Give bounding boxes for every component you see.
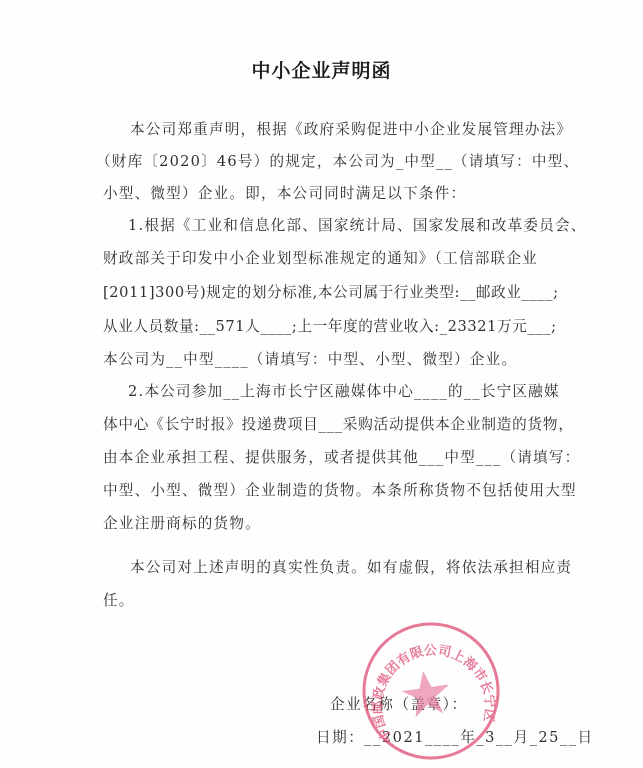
condition1-line-4: 从业人员数量:__571人____;上一年度的营业收入:_23321万元___; bbox=[103, 317, 557, 337]
intro-line-2: （财库〔2020〕46号）的规定，本公司为_中型__（请填写：中型、 bbox=[96, 152, 579, 172]
intro-line-1: 本公司郑重声明，根据《政府采购促进中小企业发展管理办法》 bbox=[130, 120, 572, 140]
document-page: 中小企业声明函 本公司郑重声明，根据《政府采购促进中小企业发展管理办法》 （财库… bbox=[0, 0, 643, 768]
condition2-line-3: 由本企业承担工程、提供服务，或者提供其他___中型___（请填写： bbox=[103, 448, 580, 468]
date-line: 日期：__2021____年_3__月_25__日 bbox=[316, 728, 594, 748]
document-title: 中小企业声明函 bbox=[0, 56, 643, 83]
closing-line-2: 任。 bbox=[103, 591, 135, 611]
condition1-line-2: 财政部关于印发中小企业划型标准规定的通知》（工信部联企业 bbox=[103, 249, 538, 269]
condition1-line-3: [2011]300号)规定的划分标准,本公司属于行业类型:__邮政业____; bbox=[103, 283, 559, 303]
condition2-line-1: 2.本公司参加__上海市长宁区融媒体中心____的__长宁区融媒 bbox=[128, 382, 560, 402]
company-seal-label: 企业名称（盖章）： bbox=[330, 695, 468, 715]
condition2-line-4: 中型、小型、微型）企业制造的货物。本条所称货物不包括使用大型 bbox=[103, 481, 577, 501]
condition2-line-2: 体中心《长宁时报》投递费项目___采购活动提供本企业制造的货物， bbox=[103, 415, 574, 435]
condition2-line-5: 企业注册商标的货物。 bbox=[103, 514, 261, 534]
intro-line-3: 小型、微型）企业。即，本公司同时满足以下条件： bbox=[103, 184, 466, 204]
closing-line-1: 本公司对上述声明的真实性负责。如有虚假，将依法承担相应责 bbox=[130, 558, 572, 578]
condition1-line-5: 本公司为__中型____（请填写：中型、小型、微型）企业。 bbox=[103, 350, 517, 370]
condition1-line-1: 1.根据《工业和信息化部、国家统计局、国家发展和改革委员会、 bbox=[128, 216, 587, 236]
